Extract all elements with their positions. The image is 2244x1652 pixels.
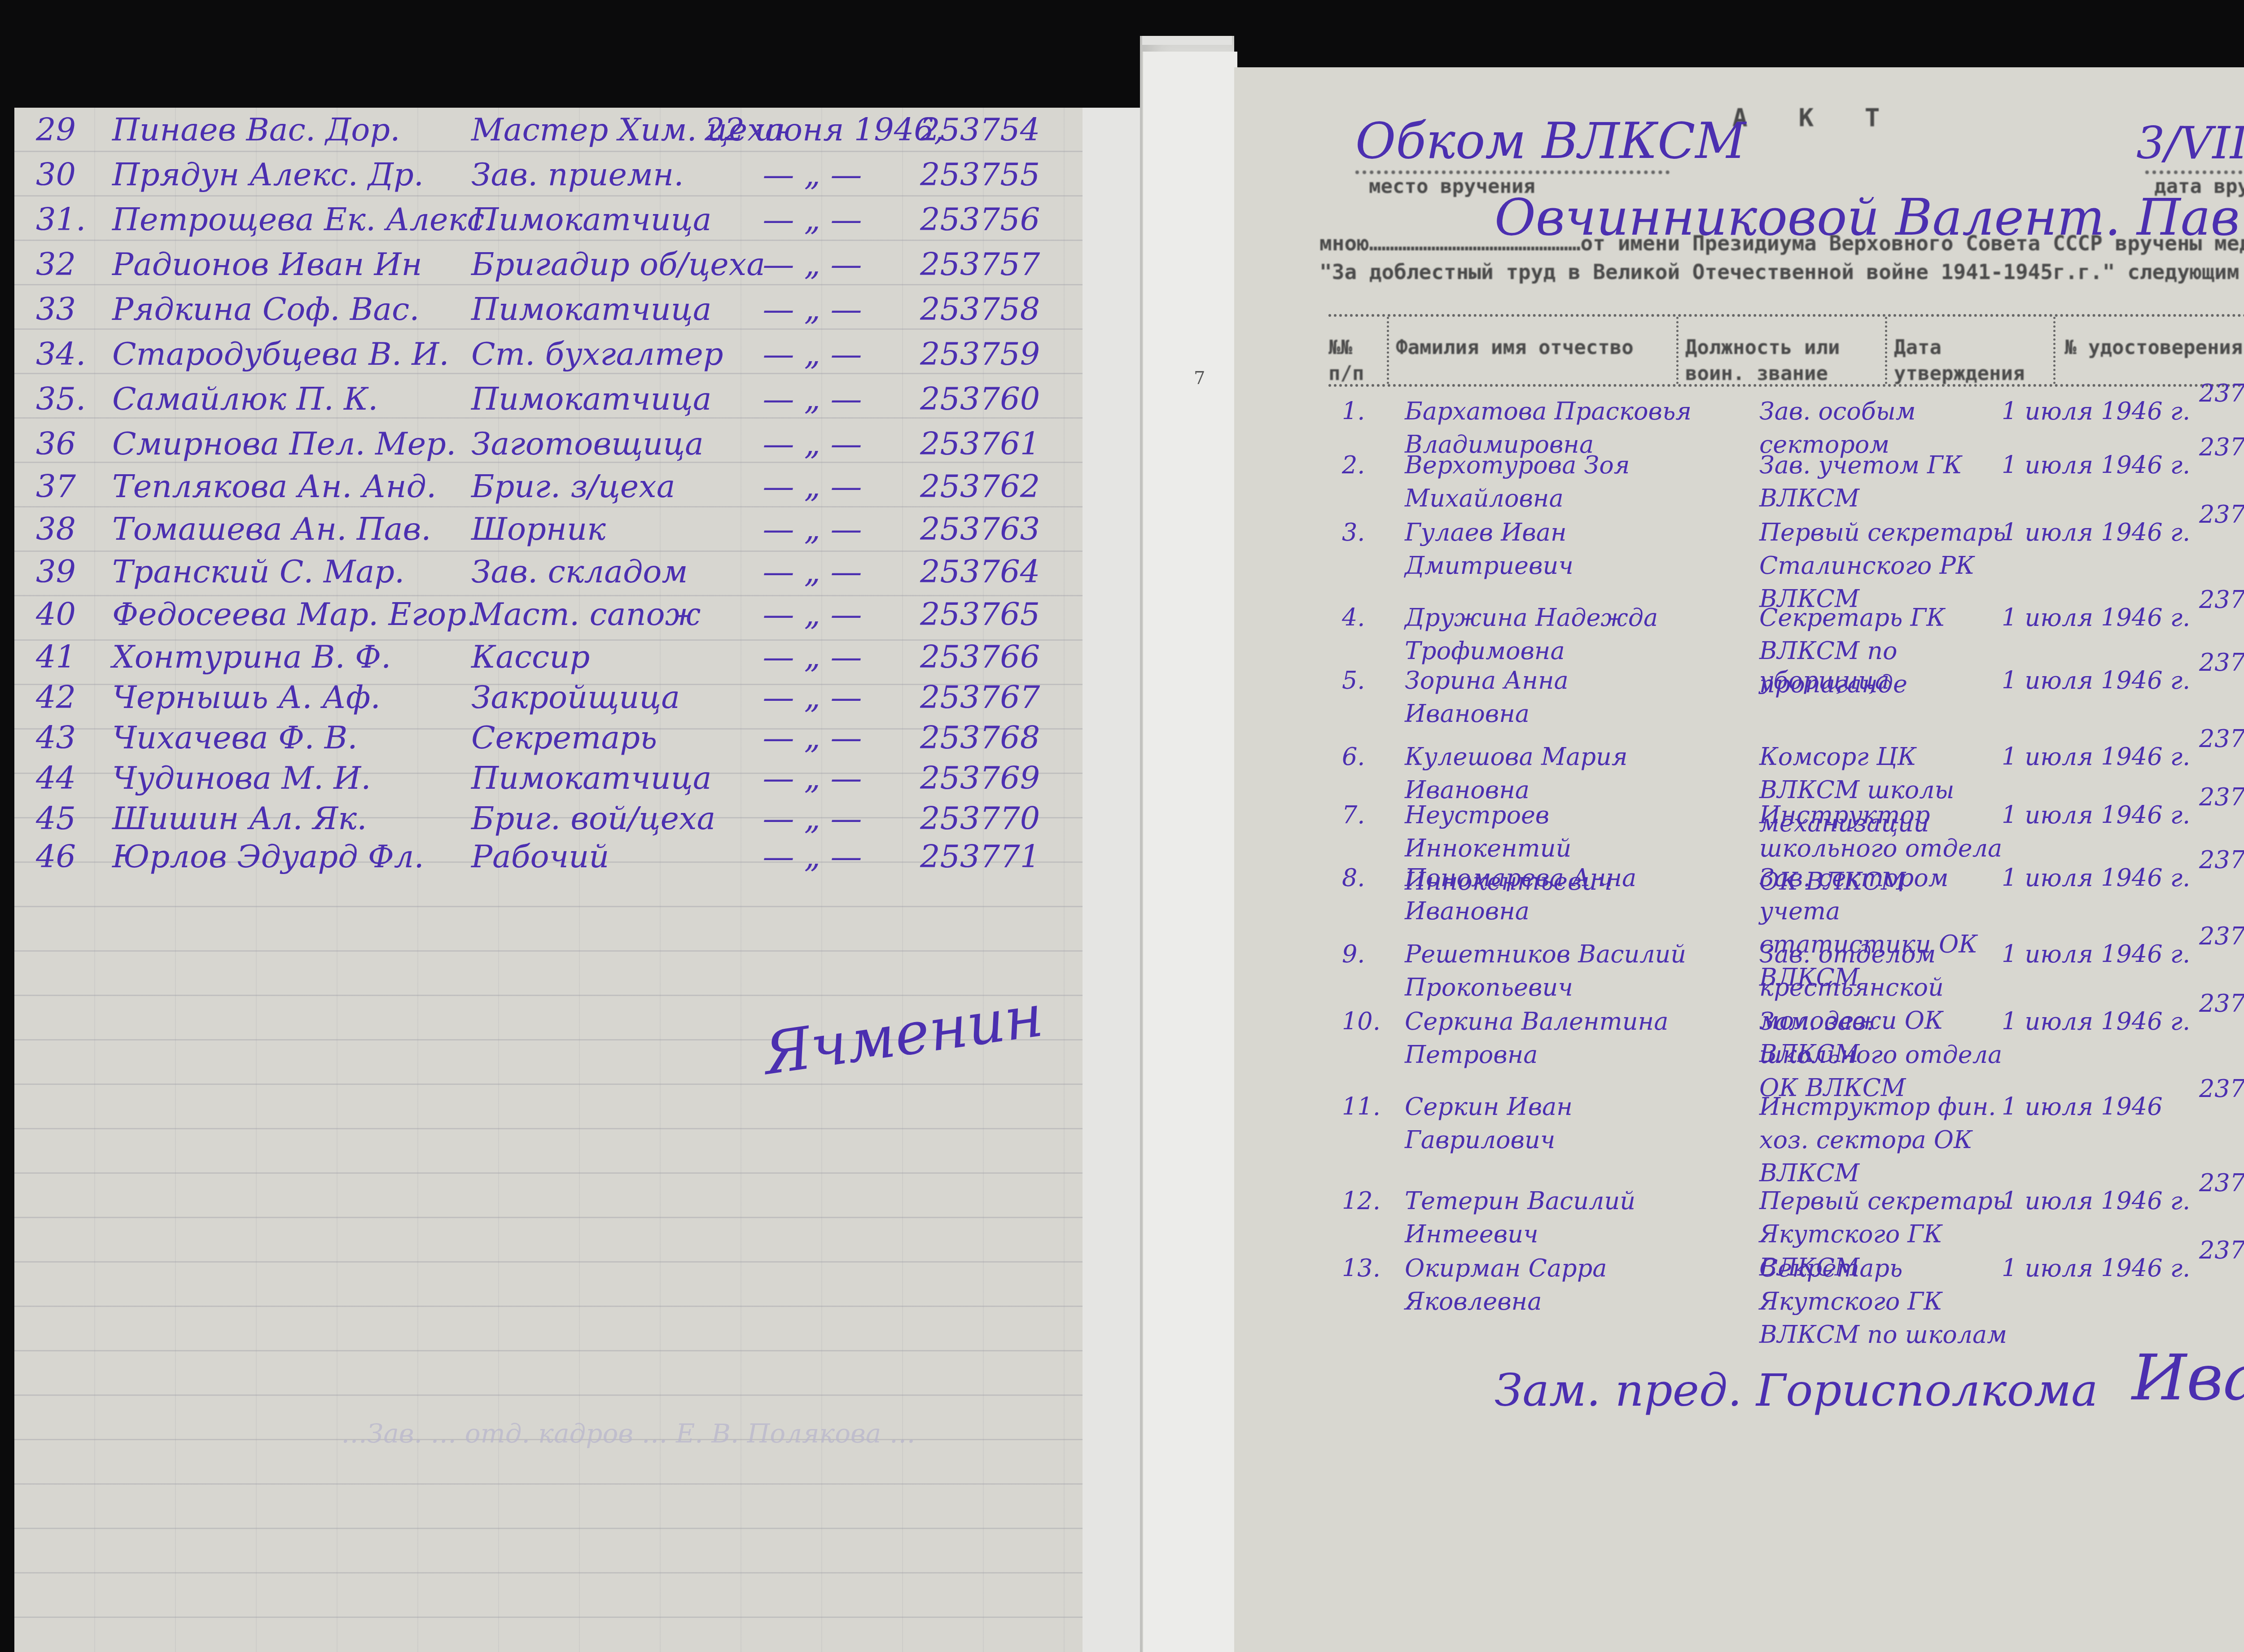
list-row: 43Чихачева Ф. В.Секретарь— „ —253768 (36, 716, 1055, 756)
list-row: 38Томашева Ан. Пав.Шорник— „ —253763 (36, 507, 1055, 547)
paper-strip-top (1142, 36, 1232, 45)
list-row: 46Юрлов Эдуард Фл.Рабочий— „ —253771 (36, 835, 1055, 875)
place-of-award: Обком ВЛКСМ (1355, 112, 1746, 170)
col-header-date: Дата утверждения (1894, 335, 2029, 387)
date-underline (2145, 170, 2244, 174)
column-divider (1676, 317, 1679, 384)
list-row: 33Рядкина Соф. Вас.Пимокатчица— „ —25375… (36, 287, 1055, 328)
strip-mark: 7 (1194, 368, 1205, 389)
col-header-certificate: № удостоверения (2064, 335, 2244, 361)
col-header-position: Должность или воин. звание (1685, 335, 1856, 387)
list-row: 35.Самайлюк П. К.Пимокатчица— „ —253760 (36, 377, 1055, 417)
bleedthrough-text: …Зав. … отд. кадров … Е. В. Полякова … (341, 1413, 969, 1454)
list-row: 44Чудинова М. И.Пимокатчица— „ —253769 (36, 756, 1055, 796)
date-of-award: 3/VII-46 г. (2136, 117, 2244, 169)
place-underline (1355, 170, 1670, 174)
document-title: А К Т (1732, 103, 1898, 132)
table-header: №№ п/п Фамилия имя отчество Должность ил… (1328, 314, 2244, 387)
col-header-number: №№ п/п (1328, 335, 1382, 387)
list-row: 41Хонтурина В. Ф.Кассир— „ —253766 (36, 635, 1055, 675)
list-row: 36Смирнова Пел. Мер.Заготовщица— „ —2537… (36, 422, 1055, 462)
col-header-name: Фамилия имя отчество (1396, 335, 1665, 361)
list-row: 40Федосеева Мар. Егор.Маст. сапож— „ —25… (36, 592, 1055, 633)
list-row: 37Теплякова Ан. Анд.Бриг. з/цеха— „ —253… (36, 464, 1055, 505)
list-row: 39Транский С. Мар.Зав. складом— „ —25376… (36, 550, 1055, 590)
list-row: 42Чернышь А. Аф.Закройщица— „ —253767 (36, 675, 1055, 716)
list-row: 34.Стародубцева В. И.Ст. бухгалтер— „ —2… (36, 332, 1055, 372)
list-row: 29Пинаев Вас. Дор.Мастер Хим. цеха22 июн… (36, 108, 1055, 148)
intro-paragraph: мною……………………………………………от имени Президиума… (1319, 229, 2244, 286)
list-row: 31.Петрощева Ек. Алекс.Пимокатчица— „ —2… (36, 197, 1055, 238)
list-row: 45Шишин Ал. Як.Бриг. вой/цеха— „ —253770 (36, 796, 1055, 837)
paper-strip-front (1142, 52, 1237, 1652)
column-divider (1387, 317, 1389, 384)
column-divider (1885, 317, 1887, 384)
column-divider (2053, 317, 2056, 384)
right-signature: Ивани (2132, 1342, 2244, 1415)
list-row: 32Радионов Иван ИнБригадир об/цеха— „ —2… (36, 242, 1055, 283)
list-row: 30Прядун Алекс. Др.Зав. приемн.— „ —2537… (36, 153, 1055, 193)
signatory-title: Зам. пред. Горисполкома (1495, 1364, 2098, 1416)
